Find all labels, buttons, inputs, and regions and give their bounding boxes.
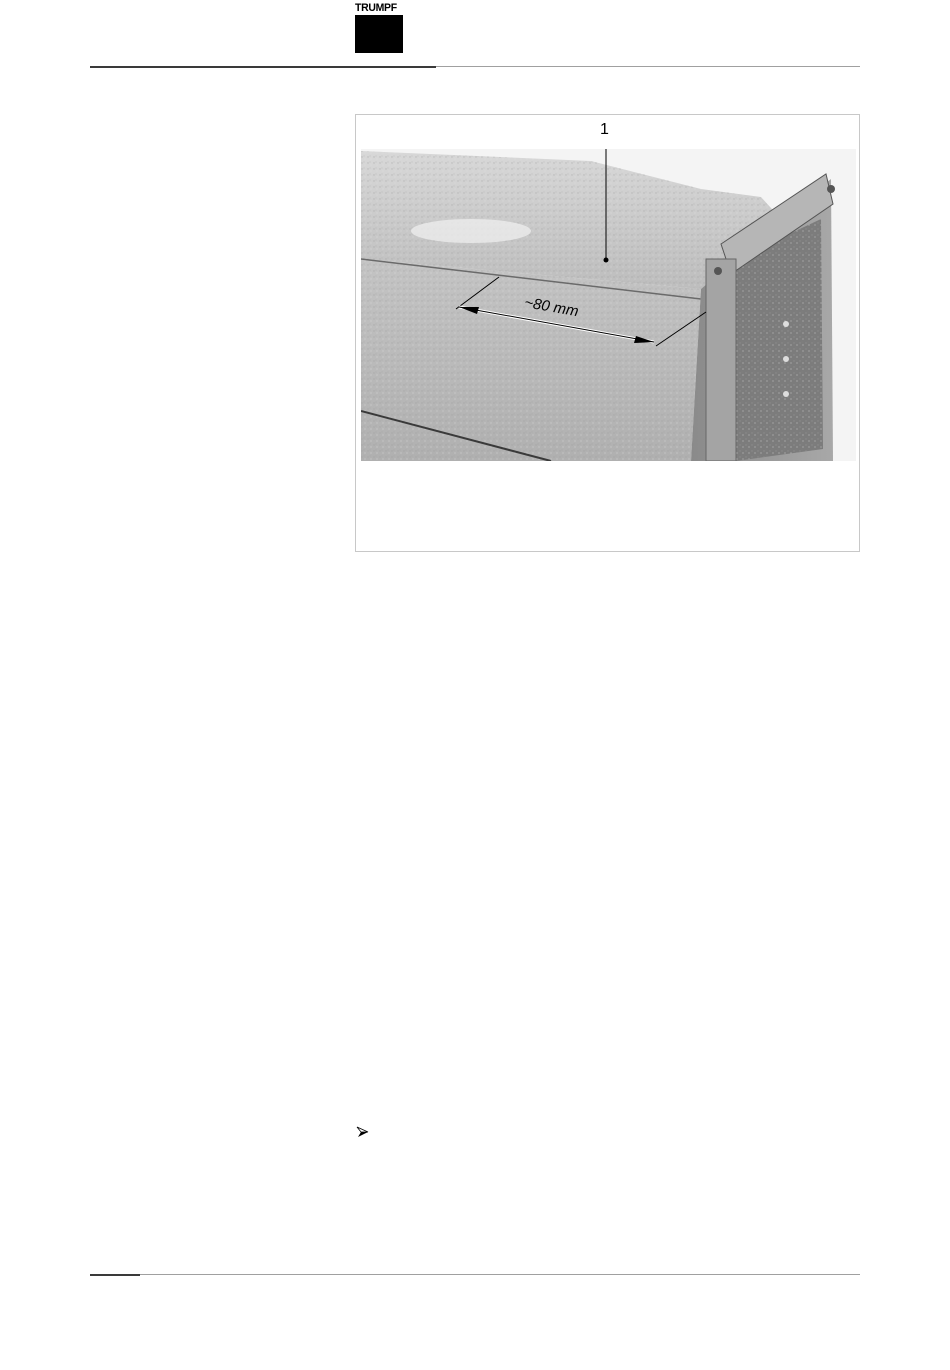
duct-photo: ~80 mm [361, 149, 856, 461]
logo-text: TRUMPF [355, 2, 401, 14]
arrow-bullet-icon [355, 1125, 369, 1139]
trumpf-logo: TRUMPF [355, 2, 403, 53]
footer-rule [90, 1274, 860, 1275]
figure-frame: 1 [355, 114, 860, 552]
logo-block [355, 15, 403, 53]
header-rule-accent [90, 66, 436, 68]
footer-rule-accent [90, 1274, 140, 1276]
callout-number: 1 [600, 121, 609, 139]
